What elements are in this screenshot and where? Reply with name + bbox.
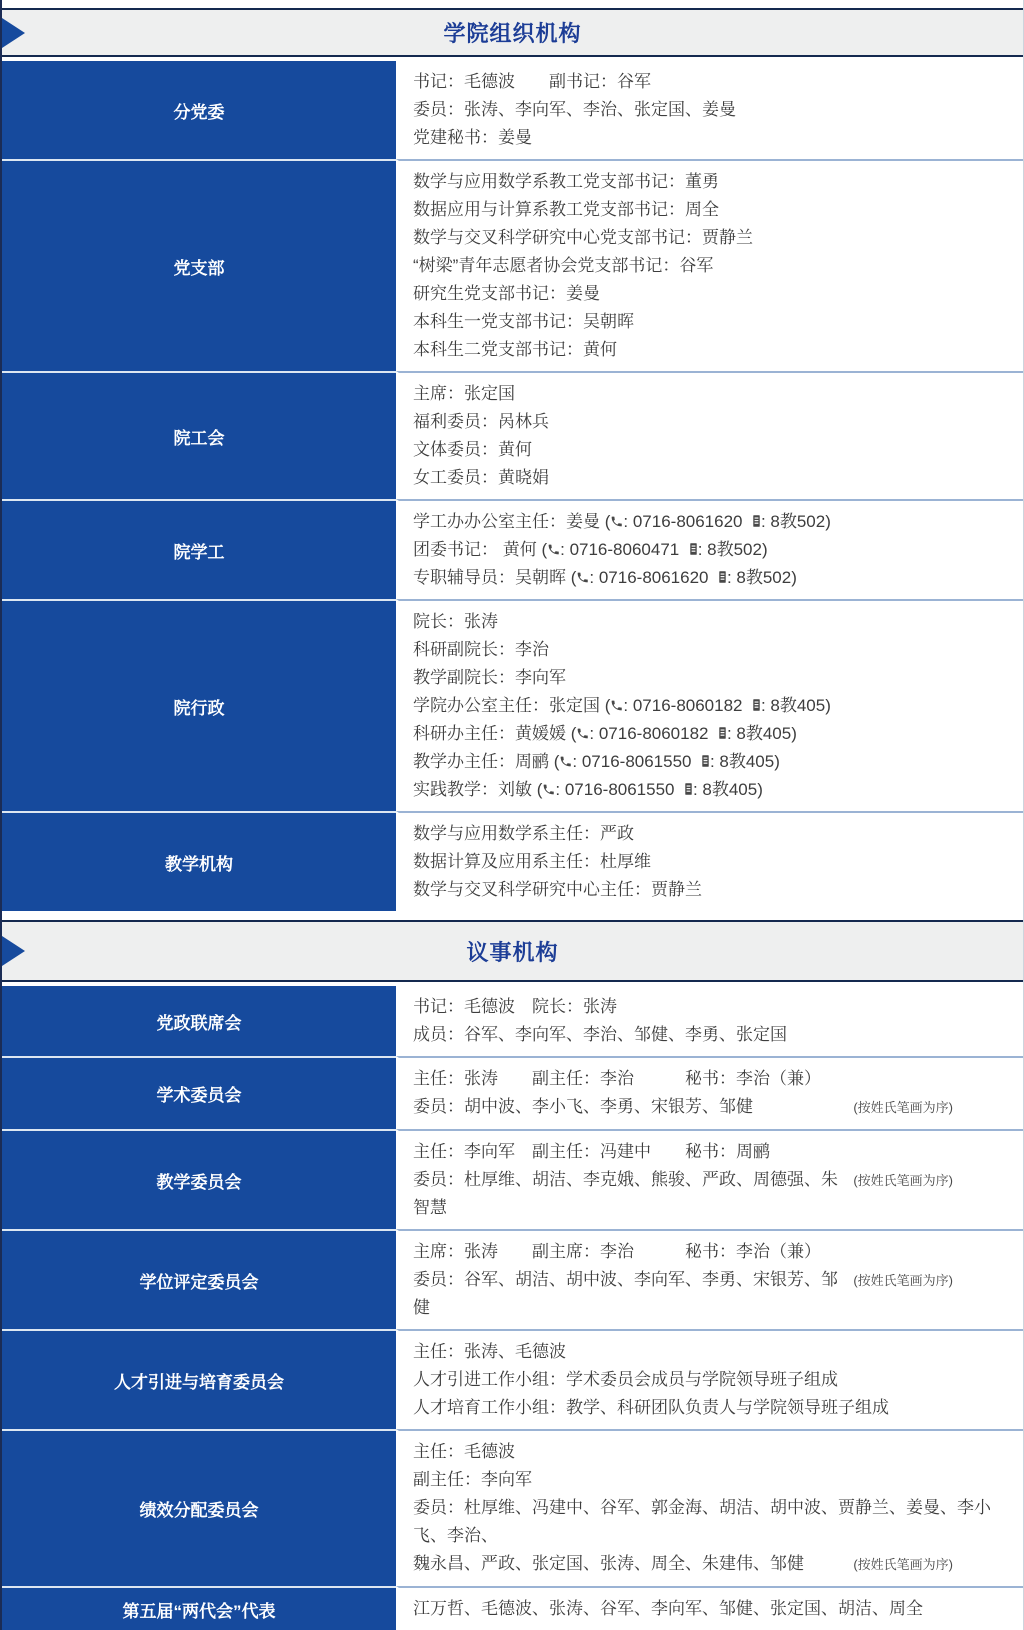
- line-text: 数学与应用数学系主任：严政: [413, 820, 634, 848]
- org-row: 绩效分配委员会主任：毛德波副主任：李向军委员：杜厚维、冯建中、谷军、郭金海、胡洁…: [2, 1429, 1023, 1586]
- org-row: 第五届“两代会”代表江万哲、毛德波、张涛、谷军、李向军、邹健、张定国、胡洁、周全: [2, 1586, 1023, 1630]
- content-line: 主任：张涛 副主任：李治 秘书：李治（兼）: [413, 1065, 1015, 1093]
- row-label: 院行政: [2, 599, 396, 811]
- line-text: 实践教学：刘敏 (: 0716-8061550 : 8教405): [413, 776, 763, 804]
- line-text: 人才引进工作小组：学术委员会成员与学院领导班子组成: [413, 1366, 838, 1394]
- sort-order-note: (按姓氏笔画为序): [853, 1094, 1015, 1122]
- org-structure-page: 学院组织机构 分党委书记：毛德波 副书记：谷军委员：张涛、李向军、李治、张定国、…: [0, 0, 1024, 1630]
- content-line: 教学办主任：周鹂 (: 0716-8061550 : 8教405): [413, 748, 1015, 776]
- content-line: 学院办公室主任：张定国 (: 0716-8060182 : 8教405): [413, 692, 1015, 720]
- content-line: “树梁”青年志愿者协会党支部书记：谷军: [413, 252, 1015, 280]
- row-label: 学术委员会: [2, 1056, 396, 1129]
- org-row: 院学工学工办办公室主任：姜曼 (: 0716-8061620 : 8教502)团…: [2, 499, 1023, 599]
- row-content: 主席：张定国福利委员：呙林兵文体委员：黄何女工委员：黄晓娟: [396, 371, 1023, 499]
- row-label: 人才引进与培育委员会: [2, 1329, 396, 1429]
- org-row: 人才引进与培育委员会主任：张涛、毛德波人才引进工作小组：学术委员会成员与学院领导…: [2, 1329, 1023, 1429]
- line-text: 本科生二党支部书记：黄何: [413, 336, 617, 364]
- org-row: 学位评定委员会主席：张涛 副主席：李治 秘书：李治（兼）委员：谷军、胡洁、胡中波…: [2, 1229, 1023, 1329]
- row-label: 党支部: [2, 159, 396, 371]
- line-text: 魏永昌、严政、张定国、张涛、周全、朱建伟、邹健: [413, 1550, 804, 1578]
- line-text: 主任：张涛 副主任：李治 秘书：李治（兼）: [413, 1065, 821, 1093]
- row-label: 第五届“两代会”代表: [2, 1586, 396, 1630]
- line-text: 福利委员：呙林兵: [413, 408, 549, 436]
- content-line: 主席：张涛 副主席：李治 秘书：李治（兼）: [413, 1238, 1015, 1266]
- content-line: 委员：杜厚维、胡洁、李克娥、熊骏、严政、周德强、朱智慧(按姓氏笔画为序): [413, 1166, 1015, 1222]
- line-text: 副主任：李向军: [413, 1466, 532, 1494]
- line-text: 专职辅导员：吴朝晖 (: 0716-8061620 : 8教502): [413, 564, 797, 592]
- row-content: 数学与应用数学系教工党支部书记：董勇数据应用与计算系教工党支部书记：周全数学与交…: [396, 159, 1023, 371]
- line-text: 学工办办公室主任：姜曼 (: 0716-8061620 : 8教502): [413, 508, 831, 536]
- sort-order-note: (按姓氏笔画为序): [853, 1551, 1015, 1579]
- content-line: 科研副院长：李治: [413, 636, 1015, 664]
- org-row: 党支部数学与应用数学系教工党支部书记：董勇数据应用与计算系教工党支部书记：周全数…: [2, 159, 1023, 371]
- line-text: 主任：毛德波: [413, 1438, 515, 1466]
- content-line: 实践教学：刘敏 (: 0716-8061550 : 8教405): [413, 776, 1015, 804]
- content-line: 委员：谷军、胡洁、胡中波、李向军、李勇、宋银芳、邹健(按姓氏笔画为序): [413, 1266, 1015, 1322]
- content-line: 委员：杜厚维、冯建中、谷军、郭金海、胡洁、胡中波、贾静兰、姜曼、李小飞、李治、: [413, 1494, 1015, 1550]
- content-line: 主任：李向军 副主任：冯建中 秘书：周鹂: [413, 1138, 1015, 1166]
- content-line: 书记：毛德波 副书记：谷军: [413, 68, 1015, 96]
- content-line: 数据计算及应用系主任：杜厚维: [413, 848, 1015, 876]
- line-text: 主任：李向军 副主任：冯建中 秘书：周鹂: [413, 1138, 770, 1166]
- content-line: 研究生党支部书记：姜曼: [413, 280, 1015, 308]
- line-text: 委员：张涛、李向军、李治、张定国、姜曼: [413, 96, 736, 124]
- line-text: “树梁”青年志愿者协会党支部书记：谷军: [413, 252, 713, 280]
- row-content: 主任：张涛 副主任：李治 秘书：李治（兼）委员：胡中波、李小飞、李勇、宋银芳、邹…: [396, 1056, 1023, 1129]
- row-content: 主任：李向军 副主任：冯建中 秘书：周鹂委员：杜厚维、胡洁、李克娥、熊骏、严政、…: [396, 1129, 1023, 1229]
- content-line: 教学副院长：李向军: [413, 664, 1015, 692]
- phone-icon: [559, 755, 572, 768]
- line-text: 教学办主任：周鹂 (: 0716-8061550 : 8教405): [413, 748, 780, 776]
- content-line: 数学与应用数学系主任：严政: [413, 820, 1015, 848]
- content-line: 副主任：李向军: [413, 1466, 1015, 1494]
- line-text: 科研副院长：李治: [413, 636, 549, 664]
- line-text: 党建秘书：姜曼: [413, 124, 532, 152]
- row-content: 学工办办公室主任：姜曼 (: 0716-8061620 : 8教502)团委书记…: [396, 499, 1023, 599]
- line-text: 院长：张涛: [413, 608, 498, 636]
- arrow-right-icon: [2, 936, 25, 966]
- building-icon: [752, 514, 761, 528]
- line-text: 研究生党支部书记：姜曼: [413, 280, 600, 308]
- phone-icon: [542, 783, 555, 796]
- building-icon: [684, 782, 693, 796]
- content-line: 主席：张定国: [413, 380, 1015, 408]
- line-text: 委员：杜厚维、胡洁、李克娥、熊骏、严政、周德强、朱智慧: [413, 1166, 853, 1222]
- content-line: 女工委员：黄晓娟: [413, 464, 1015, 492]
- row-label: 分党委: [2, 61, 396, 159]
- line-text: 团委书记： 黄何 (: 0716-8060471 : 8教502): [413, 536, 768, 564]
- content-line: 数学与交叉科学研究中心党支部书记：贾静兰: [413, 224, 1015, 252]
- content-line: 委员：张涛、李向军、李治、张定国、姜曼: [413, 96, 1015, 124]
- line-text: 数据计算及应用系主任：杜厚维: [413, 848, 651, 876]
- section-header-deliberative: 议事机构: [2, 920, 1023, 982]
- sort-order-note: (按姓氏笔画为序): [853, 1167, 1015, 1195]
- org-row: 院工会主席：张定国福利委员：呙林兵文体委员：黄何女工委员：黄晓娟: [2, 371, 1023, 499]
- row-content: 数学与应用数学系主任：严政数据计算及应用系主任：杜厚维数学与交叉科学研究中心主任…: [396, 811, 1023, 911]
- building-icon: [752, 698, 761, 712]
- row-label: 党政联席会: [2, 986, 396, 1056]
- section-header-college-org: 学院组织机构: [2, 8, 1023, 57]
- line-text: 数学与交叉科学研究中心党支部书记：贾静兰: [413, 224, 753, 252]
- phone-icon: [547, 543, 560, 556]
- section-title: 学院组织机构: [443, 17, 581, 48]
- content-line: 文体委员：黄何: [413, 436, 1015, 464]
- line-text: 本科生一党支部书记：吴朝晖: [413, 308, 634, 336]
- content-line: 数据应用与计算系教工党支部书记：周全: [413, 196, 1015, 224]
- line-text: 主席：张定国: [413, 380, 515, 408]
- section-title: 议事机构: [466, 936, 558, 967]
- line-text: 数学与交叉科学研究中心主任：贾静兰: [413, 876, 702, 904]
- building-icon: [701, 754, 710, 768]
- content-line: 书记：毛德波 院长：张涛: [413, 993, 1015, 1021]
- content-line: 专职辅导员：吴朝晖 (: 0716-8061620 : 8教502): [413, 564, 1015, 592]
- content-line: 福利委员：呙林兵: [413, 408, 1015, 436]
- row-content: 主席：张涛 副主席：李治 秘书：李治（兼）委员：谷军、胡洁、胡中波、李向军、李勇…: [396, 1229, 1023, 1329]
- content-line: 党建秘书：姜曼: [413, 124, 1015, 152]
- line-text: 委员：谷军、胡洁、胡中波、李向军、李勇、宋银芳、邹健: [413, 1266, 853, 1322]
- line-text: 委员：胡中波、李小飞、李勇、宋银芳、邹健: [413, 1093, 753, 1121]
- line-text: 教学副院长：李向军: [413, 664, 566, 692]
- row-content: 书记：毛德波 副书记：谷军委员：张涛、李向军、李治、张定国、姜曼党建秘书：姜曼: [396, 61, 1023, 159]
- content-line: 主任：张涛、毛德波: [413, 1338, 1015, 1366]
- row-label: 院工会: [2, 371, 396, 499]
- row-content: 江万哲、毛德波、张涛、谷军、李向军、邹健、张定国、胡洁、周全: [396, 1586, 1023, 1630]
- row-label: 绩效分配委员会: [2, 1429, 396, 1586]
- content-line: 学工办办公室主任：姜曼 (: 0716-8061620 : 8教502): [413, 508, 1015, 536]
- line-text: 成员：谷军、李向军、李治、邹健、李勇、张定国: [413, 1021, 787, 1049]
- line-text: 科研办主任：黄媛媛 (: 0716-8060182 : 8教405): [413, 720, 797, 748]
- content-line: 成员：谷军、李向军、李治、邹健、李勇、张定国: [413, 1021, 1015, 1049]
- line-text: 数据应用与计算系教工党支部书记：周全: [413, 196, 719, 224]
- row-content: 院长：张涛科研副院长：李治教学副院长：李向军学院办公室主任：张定国 (: 071…: [396, 599, 1023, 811]
- arrow-right-icon: [2, 18, 25, 48]
- row-label: 院学工: [2, 499, 396, 599]
- line-text: 女工委员：黄晓娟: [413, 464, 549, 492]
- line-text: 人才培育工作小组：教学、科研团队负责人与学院领导班子组成: [413, 1394, 889, 1422]
- content-line: 科研办主任：黄媛媛 (: 0716-8060182 : 8教405): [413, 720, 1015, 748]
- content-line: 主任：毛德波: [413, 1438, 1015, 1466]
- content-line: 人才培育工作小组：教学、科研团队负责人与学院领导班子组成: [413, 1394, 1015, 1422]
- line-text: 主席：张涛 副主席：李治 秘书：李治（兼）: [413, 1238, 821, 1266]
- content-line: 本科生一党支部书记：吴朝晖: [413, 308, 1015, 336]
- content-line: 人才引进工作小组：学术委员会成员与学院领导班子组成: [413, 1366, 1015, 1394]
- sort-order-note: (按姓氏笔画为序): [853, 1267, 1015, 1295]
- row-label: 教学机构: [2, 811, 396, 911]
- content-line: 本科生二党支部书记：黄何: [413, 336, 1015, 364]
- line-text: 数学与应用数学系教工党支部书记：董勇: [413, 168, 719, 196]
- row-content: 书记：毛德波 院长：张涛成员：谷军、李向军、李治、邹健、李勇、张定国: [396, 986, 1023, 1056]
- phone-icon: [576, 571, 589, 584]
- building-icon: [718, 570, 727, 584]
- content-line: 数学与应用数学系教工党支部书记：董勇: [413, 168, 1015, 196]
- row-label: 教学委员会: [2, 1129, 396, 1229]
- row-content: 主任：张涛、毛德波人才引进工作小组：学术委员会成员与学院领导班子组成人才培育工作…: [396, 1329, 1023, 1429]
- building-icon: [689, 542, 698, 556]
- org-row: 教学机构数学与应用数学系主任：严政数据计算及应用系主任：杜厚维数学与交叉科学研究…: [2, 811, 1023, 911]
- org-row: 党政联席会书记：毛德波 院长：张涛成员：谷军、李向军、李治、邹健、李勇、张定国: [2, 986, 1023, 1056]
- content-line: 数学与交叉科学研究中心主任：贾静兰: [413, 876, 1015, 904]
- college-org-table: 分党委书记：毛德波 副书记：谷军委员：张涛、李向军、李治、张定国、姜曼党建秘书：…: [2, 61, 1023, 911]
- content-line: 委员：胡中波、李小飞、李勇、宋银芳、邹健(按姓氏笔画为序): [413, 1093, 1015, 1122]
- content-line: 院长：张涛: [413, 608, 1015, 636]
- row-content: 主任：毛德波副主任：李向军委员：杜厚维、冯建中、谷军、郭金海、胡洁、胡中波、贾静…: [396, 1429, 1023, 1586]
- content-line: 团委书记： 黄何 (: 0716-8060471 : 8教502): [413, 536, 1015, 564]
- line-text: 主任：张涛、毛德波: [413, 1338, 566, 1366]
- line-text: 书记：毛德波 副书记：谷军: [413, 68, 651, 96]
- line-text: 书记：毛德波 院长：张涛: [413, 993, 617, 1021]
- org-row: 分党委书记：毛德波 副书记：谷军委员：张涛、李向军、李治、张定国、姜曼党建秘书：…: [2, 61, 1023, 159]
- building-icon: [718, 726, 727, 740]
- deliberative-table: 党政联席会书记：毛德波 院长：张涛成员：谷军、李向军、李治、邹健、李勇、张定国学…: [2, 986, 1023, 1630]
- org-row: 院行政院长：张涛科研副院长：李治教学副院长：李向军学院办公室主任：张定国 (: …: [2, 599, 1023, 811]
- org-row: 教学委员会主任：李向军 副主任：冯建中 秘书：周鹂委员：杜厚维、胡洁、李克娥、熊…: [2, 1129, 1023, 1229]
- line-text: 江万哲、毛德波、张涛、谷军、李向军、邹健、张定国、胡洁、周全: [413, 1595, 923, 1623]
- phone-icon: [576, 727, 589, 740]
- phone-icon: [610, 699, 623, 712]
- line-text: 学院办公室主任：张定国 (: 0716-8060182 : 8教405): [413, 692, 831, 720]
- line-text: 文体委员：黄何: [413, 436, 532, 464]
- phone-icon: [610, 515, 623, 528]
- row-label: 学位评定委员会: [2, 1229, 396, 1329]
- content-line: 魏永昌、严政、张定国、张涛、周全、朱建伟、邹健(按姓氏笔画为序): [413, 1550, 1015, 1579]
- line-text: 委员：杜厚维、冯建中、谷军、郭金海、胡洁、胡中波、贾静兰、姜曼、李小飞、李治、: [413, 1494, 1015, 1550]
- org-row: 学术委员会主任：张涛 副主任：李治 秘书：李治（兼）委员：胡中波、李小飞、李勇、…: [2, 1056, 1023, 1129]
- content-line: 江万哲、毛德波、张涛、谷军、李向军、邹健、张定国、胡洁、周全: [413, 1595, 1015, 1623]
